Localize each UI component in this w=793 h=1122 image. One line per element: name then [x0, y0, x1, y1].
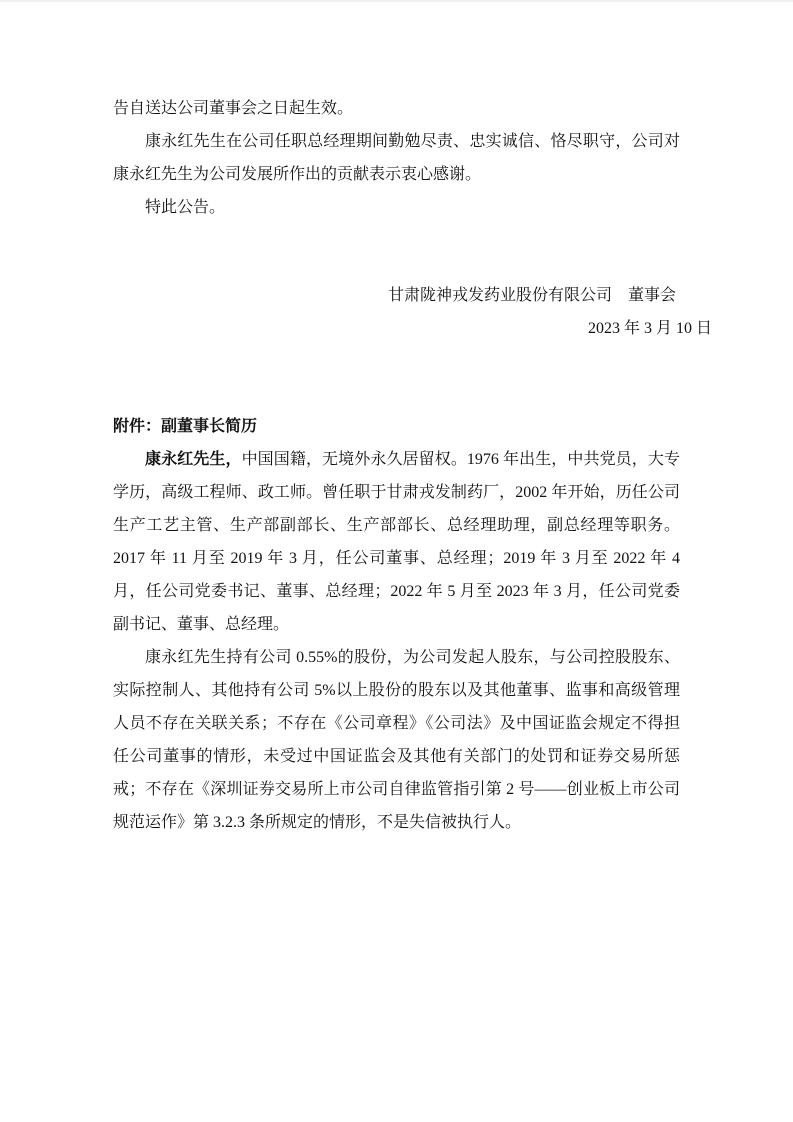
- shareholding-paragraph: 康永红先生持有公司 0.55%的股份，为公司发起人股东，与公司控股股东、实际控制…: [113, 641, 680, 839]
- attachment-heading: 附件：副董事长简历: [113, 410, 680, 443]
- signature-block: 甘肃陇神戎发药业股份有限公司 董事会 2023 年 3 月 10 日: [113, 279, 680, 345]
- closing-line: 特此公告。: [113, 191, 680, 224]
- bio-paragraph: 康永红先生，中国国籍，无境外永久居留权。1976 年出生，中共党员，大专学历，高…: [113, 443, 680, 641]
- signature-date: 2023 年 3 月 10 日: [113, 312, 712, 345]
- bio-body-text: 中国国籍，无境外永久居留权。1976 年出生，中共党员，大专学历，高级工程师、政…: [113, 451, 680, 633]
- continuation-line: 告自送达公司董事会之日起生效。: [113, 92, 680, 125]
- bio-lead-name: 康永红先生，: [145, 451, 242, 468]
- gratitude-paragraph: 康永红先生在公司任职总经理期间勤勉尽责、忠实诚信、恪尽职守，公司对康永红先生为公…: [113, 125, 680, 191]
- announcement-page: 告自送达公司董事会之日起生效。 康永红先生在公司任职总经理期间勤勉尽责、忠实诚信…: [0, 0, 793, 1122]
- signature-company-board: 甘肃陇神戎发药业股份有限公司 董事会: [113, 279, 680, 312]
